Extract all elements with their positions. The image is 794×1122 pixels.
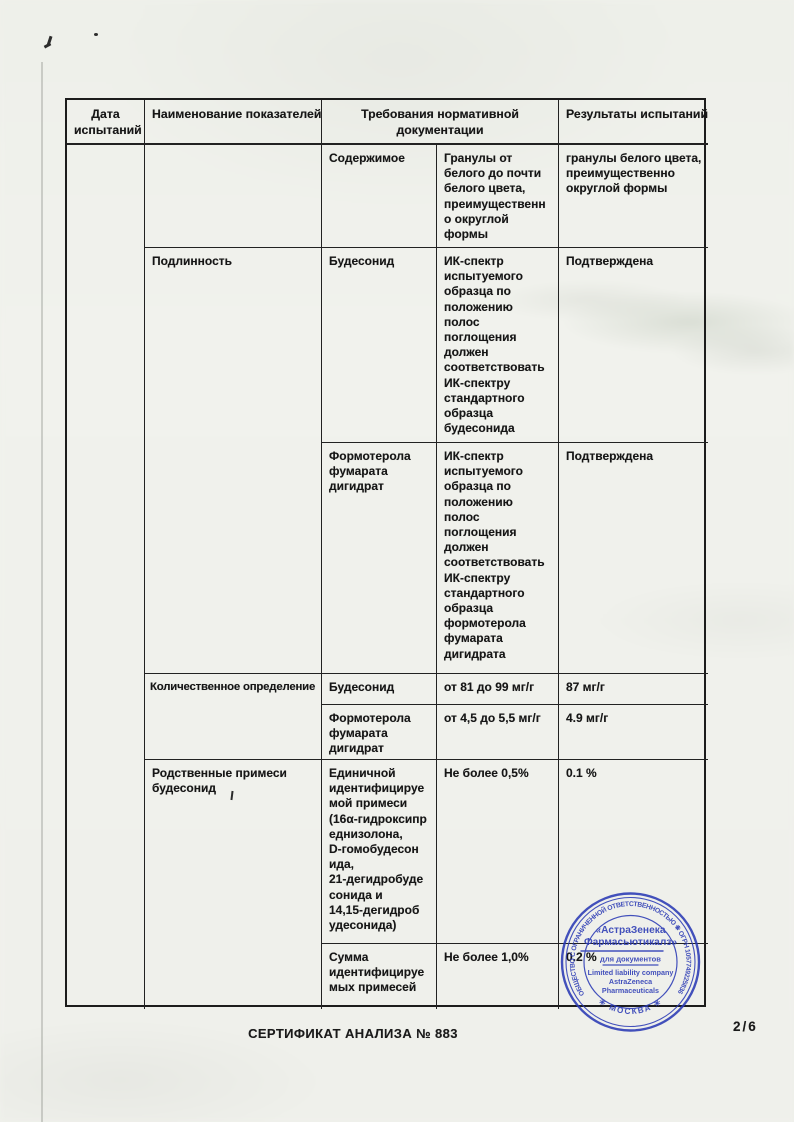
stamp-purpose-text: для документов xyxy=(600,955,661,964)
ink-speck xyxy=(94,33,98,36)
cell-subparam: Содержимое xyxy=(322,145,437,248)
page-number: 2/6 xyxy=(733,1019,758,1034)
ink-speck xyxy=(44,43,52,49)
stamp-en-line1: Limited liability company xyxy=(588,968,674,977)
cell-result: Подтверждена xyxy=(559,248,708,443)
cell-requirement: от 81 до 99 мг/г xyxy=(437,674,559,705)
cell-requirement: от 4,5 до 5,5 мг/г xyxy=(437,705,559,760)
cell-result: гранулы белого цвета, преимущественно ок… xyxy=(559,145,708,248)
stamp-en-line3: Pharmaceuticals xyxy=(602,986,659,995)
cell-requirement: ИК-спектр испытуемого образца по положен… xyxy=(437,248,559,443)
header-test-results: Результаты испытаний xyxy=(559,100,708,145)
cell-subparam: Будесонид xyxy=(322,674,437,705)
cell-result: Подтверждена xyxy=(559,443,708,674)
header-parameter-name: Наименование показателей xyxy=(145,100,322,145)
cell-parameter-assay: Количественное определение xyxy=(145,674,322,760)
stamp-company-line2: Фармасьютикалз» xyxy=(584,937,677,948)
cell-parameter-identity: Подлинность xyxy=(145,248,322,674)
cell-subparam: Будесонид xyxy=(322,248,437,443)
stamp-company-line1: «АстраЗенека xyxy=(595,925,665,936)
cell-result: 87 мг/г xyxy=(559,674,708,705)
stamp-en-line2: AstraZeneca xyxy=(609,977,653,986)
cell-requirement: Не более 0,5% xyxy=(437,760,559,944)
paper-fold-line xyxy=(41,62,43,1122)
astrazeneca-round-stamp: ОБЩЕСТВО С ОГРАНИЧЕННОЙ ОТВЕТСТВЕННОСТЬЮ… xyxy=(555,887,705,1037)
cell-subparam: Формотерола фумарата дигидрат xyxy=(322,705,437,760)
header-requirements: Требования нормативной документации xyxy=(322,100,559,145)
cell-requirement: Не более 1,0% xyxy=(437,944,559,1009)
cell-parameter-impurities: Родственные примеси будесонид xyxy=(145,760,322,1009)
cell-test-date xyxy=(67,145,145,1009)
svg-text:✳ МОСКВА ✳: ✳ МОСКВА ✳ xyxy=(597,997,664,1016)
analysis-results-table: Дата испытаний Наименование показателей … xyxy=(65,98,706,1007)
cell-subparam: Сумма идентифицируе мых примесей xyxy=(322,944,437,1009)
cell-requirement: Гранулы от белого до почти белого цвета,… xyxy=(437,145,559,248)
cell-parameter-empty xyxy=(145,145,322,248)
header-test-date: Дата испытаний xyxy=(67,100,145,145)
stamp-city-text: ✳ МОСКВА ✳ xyxy=(597,997,664,1016)
cell-subparam: Единичной идентифицируе мой примеси (16α… xyxy=(322,760,437,944)
cell-requirement: ИК-спектр испытуемого образца по положен… xyxy=(437,443,559,674)
cell-result: 4.9 мг/г xyxy=(559,705,708,760)
cell-subparam: Формотерола фумарата дигидрат xyxy=(322,443,437,674)
stamp-texts: ОБЩЕСТВО С ОГРАНИЧЕННОЙ ОТВЕТСТВЕННОСТЬЮ… xyxy=(569,901,691,1016)
